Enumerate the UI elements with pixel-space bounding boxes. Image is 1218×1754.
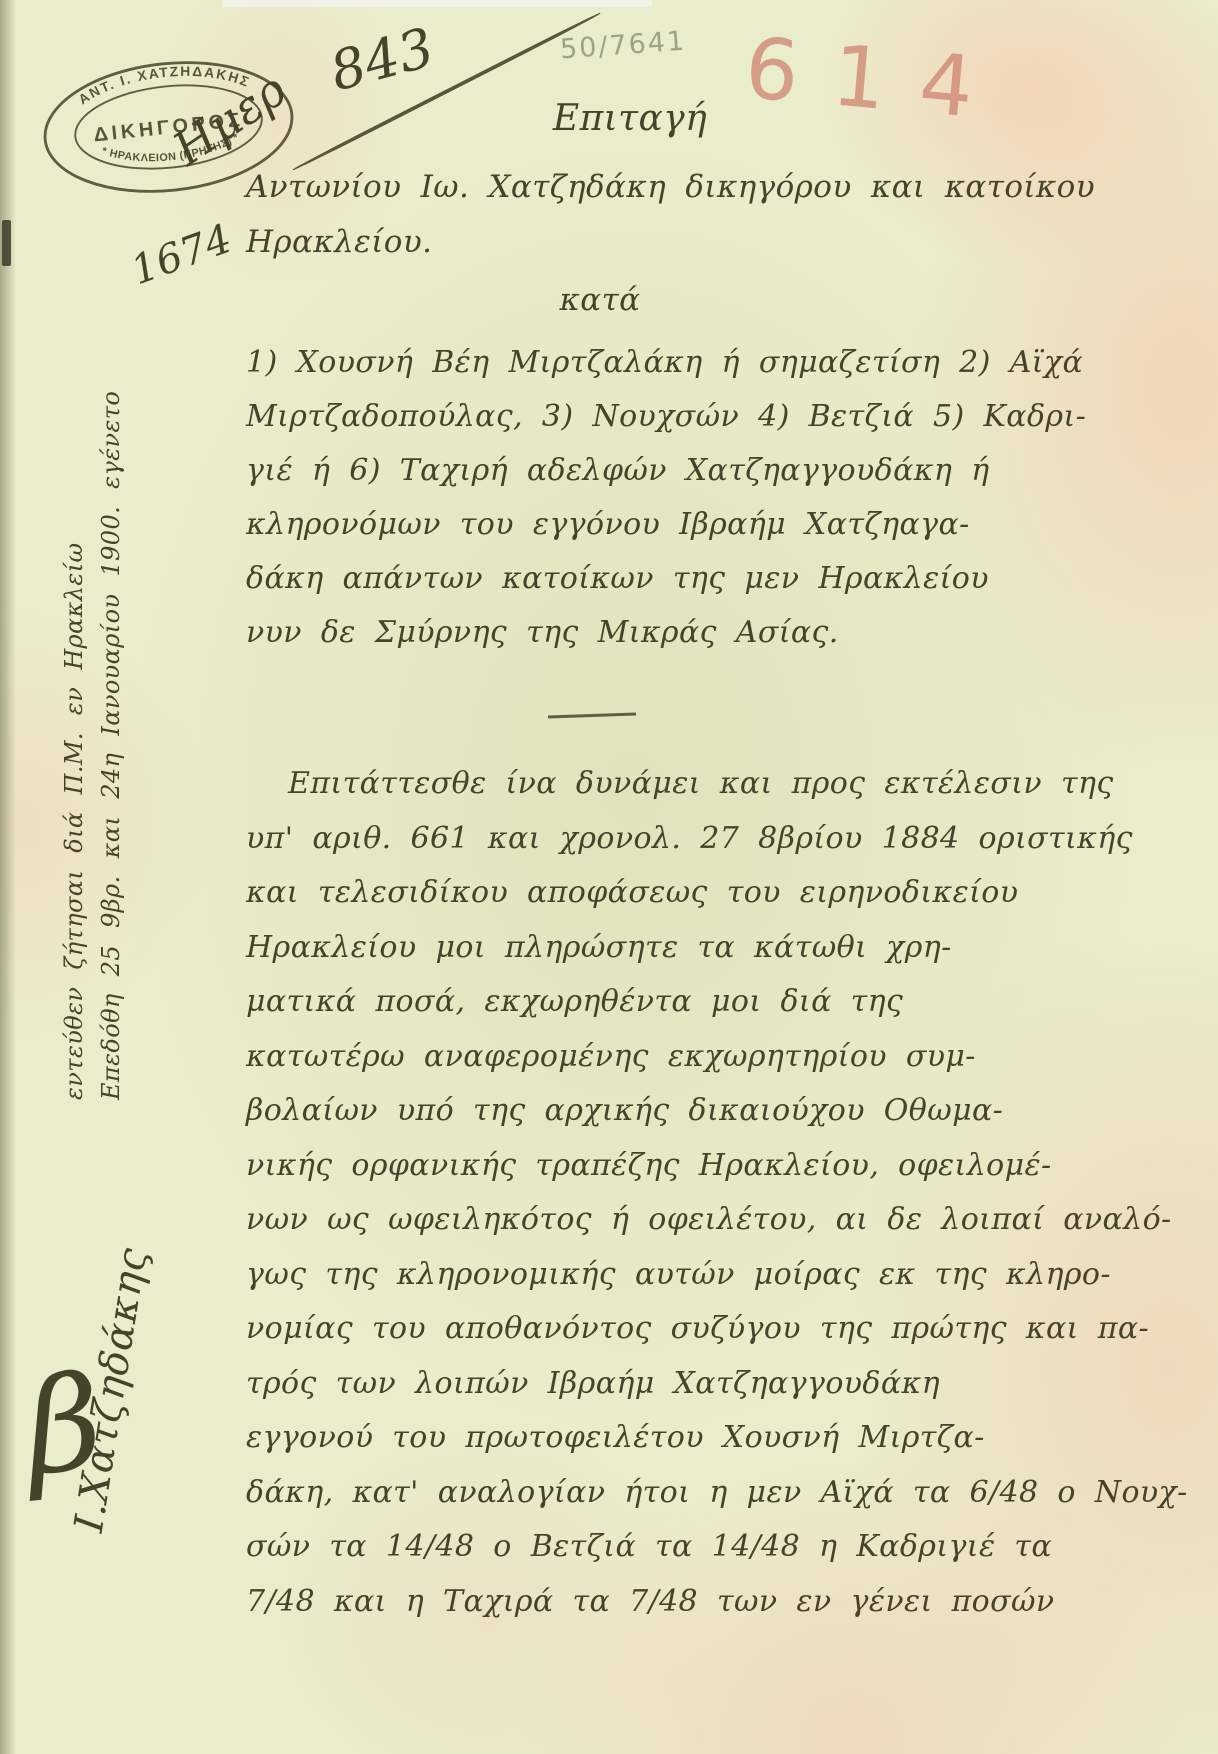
text-line: Μιρτζαδοπούλας, 3) Νουχσών 4) Βετζιά 5) … — [246, 390, 1086, 444]
text-line: νυν δε Σμύρνης της Μικράς Ασίας. — [246, 606, 1086, 660]
claimant-line: Αντωνίου Ιω. Χατζηδάκη δικηγόρου και κατ… — [246, 160, 1095, 215]
document-title: Επιταγή — [430, 98, 830, 139]
text-line: 1) Χουσνή Βέη Μιρτζαλάκη ή σημαζετίση 2)… — [246, 336, 1086, 390]
text-line: δάκη απάντων κατοίκων της μεν Ηρακλείου — [246, 552, 1086, 606]
margin-line: Επεδόθη 25 9βρ. και 24η Ιανουαρίου 1900.… — [93, 322, 130, 1100]
binder-mark — [2, 220, 11, 266]
text-line: νων ως ωφειληκότος ή οφειλέτου, αι δε λο… — [246, 1193, 1188, 1248]
text-line: βολαίων υπό της αρχικής δικαιούχου Οθωμα… — [246, 1084, 1188, 1139]
margin-service-note: εντεύθεν ζήτησαι διά Π.Μ. εν Ηρακλείω Επ… — [56, 322, 130, 1100]
claimant-line: Ηρακλείου. — [246, 215, 1095, 270]
text-line: σών τα 14/48 ο Βετζιά τα 14/48 η Καδριγι… — [246, 1520, 1188, 1575]
text-line: κληρονόμων του εγγόνου Ιβραήμ Χατζηαγα- — [246, 498, 1086, 552]
text-line: νομίας του αποθανόντος συζύγου της πρώτη… — [246, 1302, 1188, 1357]
margin-line: εντεύθεν ζήτησαι διά Π.Μ. εν Ηρακλείω — [56, 322, 93, 1100]
text-line: εγγονού του πρωτοφειλέτου Χουσνή Μιρτζα- — [246, 1411, 1188, 1466]
claimant-paragraph: Αντωνίου Ιω. Χατζηδάκη δικηγόρου και κατ… — [246, 160, 1095, 270]
text-line: γιέ ή 6) Ταχιρή αδελφών Χατζηαγγουδάκη ή — [246, 444, 1086, 498]
text-line: και τελεσιδίκου αποφάσεως του ειρηνοδικε… — [246, 866, 1188, 921]
text-line: ματικά ποσά, εκχωρηθέντα μοι διά της — [246, 975, 1188, 1030]
text-line: νικής ορφανικής τραπέζης Ηρακλείου, οφει… — [246, 1139, 1188, 1194]
text-line: τρός των λοιπών Ιβραήμ Χατζηαγγουδάκη — [246, 1357, 1188, 1412]
text-line: Ηρακλείου μοι πληρώσητε τα κάτωθι χρη- — [246, 921, 1188, 976]
signature-flourish: β — [19, 1356, 108, 1493]
text-line: υπ' αριθ. 661 και χρονολ. 27 8βρίου 1884… — [246, 812, 1188, 867]
text-line: Επιτάττεσθε ίνα δυνάμει και προς εκτέλεσ… — [246, 757, 1188, 812]
text-line: κατωτέρω αναφερομένης εκχωρητηρίου συμ- — [246, 1030, 1188, 1085]
body-paragraph: Επιτάττεσθε ίνα δυνάμει και προς εκτέλεσ… — [246, 757, 1188, 1629]
text-line: γως της κληρονομικής αυτών μοίρας εκ της… — [246, 1248, 1188, 1303]
scan-edge-sliver — [222, 0, 652, 7]
defendants-paragraph: 1) Χουσνή Βέη Μιρτζαλάκη ή σημαζετίση 2)… — [246, 336, 1086, 660]
scanned-document-page: { "document": { "stamp": { "name": "ΑΝΤ.… — [0, 0, 1218, 1754]
text-line: 7/48 και η Ταχιρά τα 7/48 των εν γένει π… — [246, 1575, 1188, 1630]
versus-label: κατά — [400, 282, 800, 318]
text-line: δάκη, κατ' αναλογίαν ήτοι η μεν Αϊχά τα … — [246, 1466, 1188, 1521]
